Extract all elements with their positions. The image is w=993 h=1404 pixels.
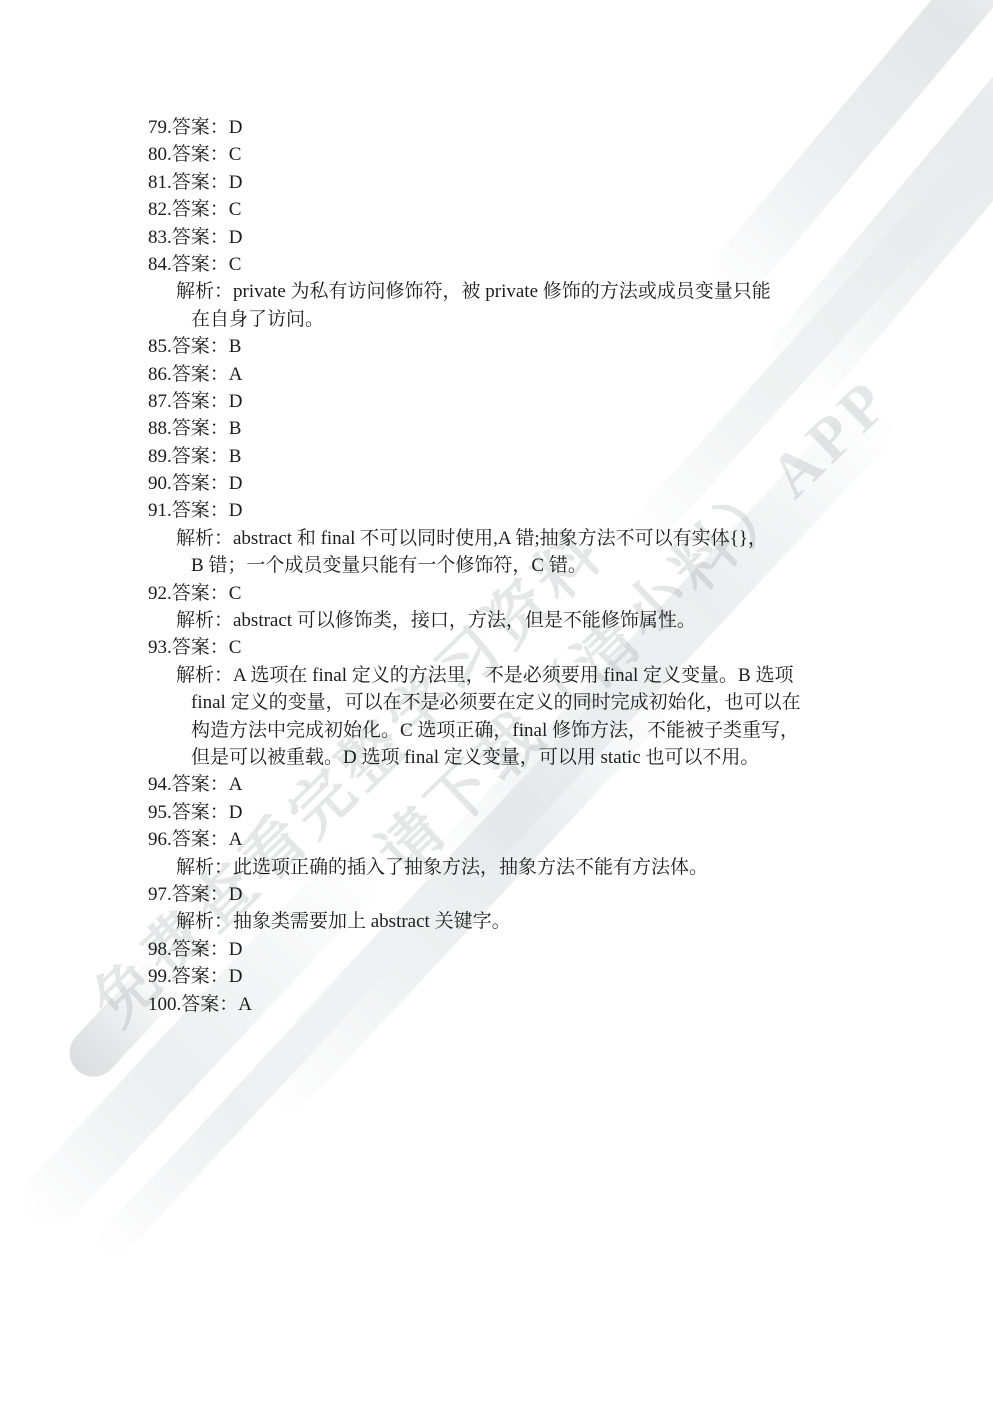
analysis-line: 解析：abstract 可以修饰类，接口，方法，但是不能修饰属性。: [0, 607, 993, 634]
answer-line: 84.答案：C: [0, 251, 993, 278]
answer-line: 81.答案：D: [0, 169, 993, 196]
answer-list: 79.答案：D80.答案：C81.答案：D82.答案：C83.答案：D84.答案…: [0, 114, 993, 1018]
analysis-line: 构造方法中完成初始化。C 选项正确，final 修饰方法，不能被子类重写，: [0, 717, 993, 744]
answer-line: 98.答案：D: [0, 936, 993, 963]
answer-line: 89.答案：B: [0, 443, 993, 470]
document-page: 免费查看完整学习资料 请下载（清小料）APP 79.答案：D80.答案：C81.…: [0, 0, 993, 1404]
answer-line: 92.答案：C: [0, 580, 993, 607]
answer-line: 96.答案：A: [0, 826, 993, 853]
answer-line: 97.答案：D: [0, 881, 993, 908]
analysis-line: 解析：此选项正确的插入了抽象方法，抽象方法不能有方法体。: [0, 854, 993, 881]
analysis-line: B 错；一个成员变量只能有一个修饰符，C 错。: [0, 552, 993, 579]
answer-line: 86.答案：A: [0, 361, 993, 388]
analysis-line: 解析：abstract 和 final 不可以同时使用,A 错;抽象方法不可以有…: [0, 525, 993, 552]
answer-line: 100.答案：A: [0, 991, 993, 1018]
answer-line: 94.答案：A: [0, 771, 993, 798]
analysis-line: 解析：A 选项在 final 定义的方法里，不是必须要用 final 定义变量。…: [0, 662, 993, 689]
answer-line: 85.答案：B: [0, 333, 993, 360]
answer-line: 87.答案：D: [0, 388, 993, 415]
analysis-line: 在自身了访问。: [0, 306, 993, 333]
answer-line: 99.答案：D: [0, 963, 993, 990]
analysis-line: final 定义的变量，可以在不是必须要在定义的同时完成初始化，也可以在: [0, 689, 993, 716]
answer-line: 90.答案：D: [0, 470, 993, 497]
answer-line: 83.答案：D: [0, 224, 993, 251]
answer-line: 93.答案：C: [0, 634, 993, 661]
answer-line: 80.答案：C: [0, 141, 993, 168]
analysis-line: 但是可以被重载。D 选项 final 定义变量，可以用 static 也可以不用…: [0, 744, 993, 771]
analysis-line: 解析：private 为私有访问修饰符，被 private 修饰的方法或成员变量…: [0, 278, 993, 305]
analysis-line: 解析：抽象类需要加上 abstract 关键字。: [0, 908, 993, 935]
answer-line: 95.答案：D: [0, 799, 993, 826]
answer-line: 79.答案：D: [0, 114, 993, 141]
answer-line: 91.答案：D: [0, 497, 993, 524]
answer-line: 82.答案：C: [0, 196, 993, 223]
answer-line: 88.答案：B: [0, 415, 993, 442]
